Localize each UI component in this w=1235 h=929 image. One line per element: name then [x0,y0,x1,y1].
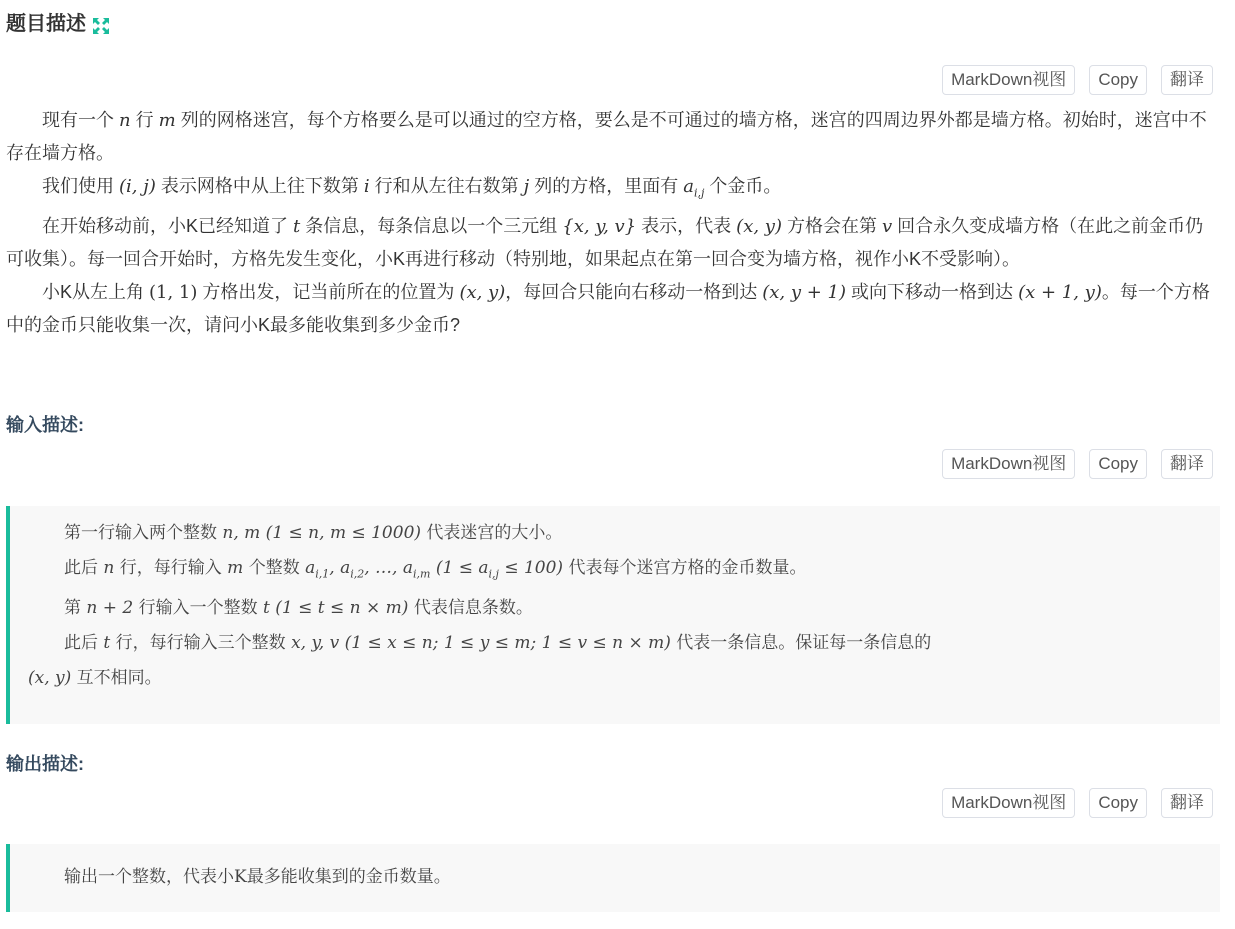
output-description-block: 输出一个整数，代表小K最多能收集到的金币数量。 [6,844,1220,912]
description-paragraph-1: 现有一个 n 行 m 列的网格迷宫，每个方格要么是可以通过的空方格，要么是不可通… [6,104,1211,170]
copy-button[interactable]: Copy [1089,788,1147,818]
output-section-title: 输出描述: [6,750,84,776]
input-line-3: 第 n + 2 行输入一个整数 t (1 ≤ t ≤ n × m) 代表信息条数… [28,591,1200,626]
problem-description: 现有一个 n 行 m 列的网格迷宫，每个方格要么是可以通过的空方格，要么是不可通… [6,104,1211,342]
translate-button[interactable]: 翻译 [1161,788,1213,818]
description-paragraph-2: 我们使用 (i, j) 表示网格中从上往下数第 i 行和从左往右数第 j 列的方… [6,170,1211,210]
input-section-title: 输入描述: [6,411,84,437]
input-line-1: 第一行输入两个整数 n, m (1 ≤ n, m ≤ 1000) 代表迷宫的大小… [28,516,1200,551]
description-toolbar: MarkDown视图 Copy 翻译 [942,65,1213,95]
markdown-view-button[interactable]: MarkDown视图 [942,65,1075,95]
input-description-block: 第一行输入两个整数 n, m (1 ≤ n, m ≤ 1000) 代表迷宫的大小… [6,506,1220,724]
title-text: 题目描述 [6,10,86,38]
translate-button[interactable]: 翻译 [1161,449,1213,479]
description-paragraph-3: 在开始移动前，小K已经知道了 t 条信息，每条信息以一个三元组 {x, y, v… [6,210,1211,276]
expand-arrows-icon[interactable] [92,15,110,33]
markdown-view-button[interactable]: MarkDown视图 [942,449,1075,479]
input-line-5: (x, y) 互不相同。 [28,661,1200,696]
input-line-2: 此后 n 行，每行输入 m 个整数 ai,1, ai,2, …, ai,m (1… [28,551,1200,591]
markdown-view-button[interactable]: MarkDown视图 [942,788,1075,818]
description-paragraph-4: 小K从左上角 (1, 1) 方格出发，记当前所在的位置为 (x, y)，每回合只… [6,276,1211,342]
copy-button[interactable]: Copy [1089,65,1147,95]
translate-button[interactable]: 翻译 [1161,65,1213,95]
output-toolbar: MarkDown视图 Copy 翻译 [942,788,1213,818]
output-line: 输出一个整数，代表小K最多能收集到的金币数量。 [28,860,1200,895]
input-line-4: 此后 t 行，每行输入三个整数 x, y, v (1 ≤ x ≤ n; 1 ≤ … [28,626,1200,661]
page-title: 题目描述 [6,10,110,38]
input-toolbar: MarkDown视图 Copy 翻译 [942,449,1213,479]
copy-button[interactable]: Copy [1089,449,1147,479]
